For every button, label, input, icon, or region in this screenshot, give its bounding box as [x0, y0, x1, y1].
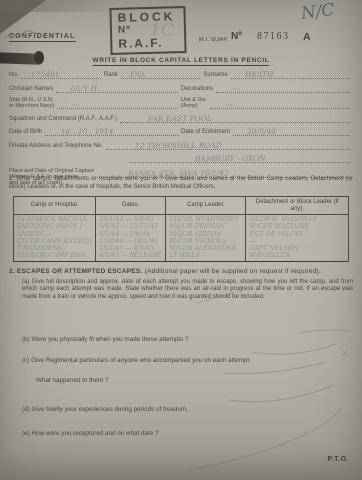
address-field: 12 THORNHILL ROAD [106, 141, 350, 150]
dates-entry: 18/1/45 — 4/5/45 [99, 245, 162, 252]
pencil-scribble [4, 28, 38, 42]
camps-table-header: Camp or Hospital. Dates. Camp Leader. De… [14, 197, 349, 215]
decorations-group: Decorations — [181, 84, 353, 93]
enlistment-field: 20/5/40 [233, 127, 350, 136]
instruction-text: WRITE IN BLOCK CAPITAL LETTERS IN PENCIL [93, 57, 270, 66]
block-leader-entry: W/O SILLER [249, 252, 345, 259]
camps-table: Camp or Hospital. Dates. Camp Leader. De… [13, 196, 349, 262]
col-dates: Dates. [96, 197, 166, 215]
table-body-row: 14 SCHOOL BATAVIA TANDJONG PRIOK J. AMBO… [14, 215, 349, 262]
ship-field: — [57, 100, 178, 109]
unit-field: — [210, 100, 350, 109]
block-leader-entry: F/LT DE VALOIS [249, 231, 345, 238]
capture-label-line1: Place and Date of Original Capture [9, 168, 94, 174]
rank-field: F/O. [121, 70, 201, 79]
address-value-line1: 12 THORNHILL ROAD [135, 140, 222, 150]
block-stamp: BLOCK Nº R.A.F. 1C [109, 6, 186, 55]
stamp-handwritten-number: 1C [150, 20, 175, 41]
no-label: No. [9, 72, 18, 79]
no-field: 175481 [21, 70, 101, 79]
camp-entry: CYCLE CAMP BATAVIA [17, 238, 92, 245]
christian-names-label: Christian Names [9, 86, 53, 93]
enlistment-group: Date of Enlistment 20/5/40 [181, 127, 353, 136]
handwritten-corner-note: N/C [300, 0, 336, 24]
camp-entry: GLODOK CAMP JAVA [17, 252, 92, 259]
unit-label-line2: (Army) [181, 103, 207, 109]
pencil-mark [300, 330, 350, 333]
address-value-line2: BANBURY · OXON [195, 154, 266, 164]
leader-entry: LT/COL HUMPHRIES [169, 216, 242, 223]
row-address-2: BANBURY · OXON [9, 154, 353, 163]
block-leader-column-entries: S/LDR W. McGOWAN W/CDR MACLURE F/LT DE V… [246, 215, 349, 262]
dates-entry: 5/8/43 — 15/11/43 [99, 223, 162, 230]
question-2c2-text: What happened to them ? [36, 377, 108, 384]
document-sheet: CONFIDENTIAL BLOCK Nº R.A.F. 1C M.I. 9/J… [0, 0, 362, 480]
decorations-value: — [232, 83, 240, 92]
dates-column-entries: 29/1/42 — 5/8/43 5/8/43 — 15/11/43 4/1/4… [96, 215, 166, 262]
question-2d-text: (d) Give briefly your experiences during… [22, 406, 188, 413]
camp-column-entries: 14 SCHOOL BATAVIA TANDJONG PRIOK J. AMBO… [14, 215, 96, 262]
pencil-mark [343, 351, 347, 355]
ship-label: Ship (R.N., U.S.N. or Merchant Navy) [9, 97, 54, 109]
pencil-mark [228, 385, 334, 402]
row-squadron: Squadron and Command (R.A.F., A.A.F.) FA… [9, 114, 353, 123]
row-christian-decorations: Christian Names GUY H. Decorations — [9, 84, 353, 93]
question-2b-text: (b) Were you physically fit when you mad… [22, 336, 188, 343]
escapes-heading: 2. ESCAPES OR ATTEMPTED ESCAPES. (Additi… [9, 268, 353, 275]
escapes-heading-title: 2. ESCAPES OR ATTEMPTED ESCAPES. [9, 268, 143, 275]
ship-value: — [72, 100, 80, 109]
christian-names-field: GUY H. [56, 84, 178, 93]
leader-column-entries: LT/COL HUMPHRIES MAJOR BEEMAN MAJOR GIBS… [166, 215, 246, 262]
leader-entry: MAJOR GIBSON [169, 231, 242, 238]
col-camp-or-hospital: Camp or Hospital. [14, 197, 96, 215]
question-2c-text: (c) Give Regimental particulars of anyon… [22, 357, 251, 364]
serial-no-label: Nº [231, 31, 242, 42]
surname-value: HEATH [245, 70, 274, 79]
instruction-banner: WRITE IN BLOCK CAPITAL LETTERS IN PENCIL [0, 57, 362, 64]
top-edge-shadow [0, 0, 120, 12]
squadron-value: FAR EAST POOL [148, 113, 212, 123]
col-camp-leader: Camp Leader. [166, 197, 246, 215]
pencil-mark [252, 344, 336, 354]
dates-entry: 29/1/42 — 5/8/43 [99, 216, 162, 223]
unit-group: Unit & Div. (Army) — [181, 97, 353, 109]
form-reference: M.I. 9/JAP. [199, 37, 229, 43]
pencil-mark [186, 409, 341, 471]
row-address: Private Address and Telephone No. 12 THO… [9, 141, 353, 150]
dates-entry: 4/1/44 — 1/8/44 [99, 231, 162, 238]
no-value: 175481 [31, 70, 60, 79]
address-label: Private Address and Telephone No. [9, 143, 103, 150]
camp-entry: AMBON — [17, 231, 92, 238]
squadron-label: Squadron and Command (R.A.F., A.A.F.) [9, 116, 117, 123]
escapes-heading-paren: (Additional paper will be supplied on re… [143, 268, 321, 275]
row-no-rank-surname: No. 175481 Rank F/O. Surname HEATH [9, 70, 353, 79]
dob-field: 16 . 10 . 1914 [45, 127, 178, 136]
unit-value: — [226, 100, 234, 109]
leader-entry: MAJOR BEEMAN [169, 223, 242, 230]
block-leader-entry: — [249, 238, 345, 245]
christian-names-value: GUY H. [71, 83, 100, 92]
rank-label: Rank [104, 72, 118, 79]
decorations-label: Decorations [181, 86, 213, 93]
squadron-field: FAR EAST POOL [120, 114, 350, 123]
decorations-field: — [216, 84, 350, 93]
leader-entry: W/CDR ALEXANDER [169, 245, 242, 252]
block-leader-entry: W/CDR MACLURE [249, 223, 345, 230]
question-1-text: 1. What camps, detachments or hospitals … [9, 176, 353, 191]
dob-value: 16 . 10 . 1914 [61, 127, 114, 136]
camp-entry: TANDJONG PRIOK J. [17, 223, 92, 230]
leader-entry: W/CDR NICHOLS [169, 238, 242, 245]
question-2e-text: (e) How were you recaptured and on what … [22, 430, 159, 437]
particulars-section: No. 175481 Rank F/O. Surname HEATH Chris… [9, 70, 353, 190]
camp-entry: 14 SCHOOL BATAVIA [17, 216, 92, 223]
serial-number: 87163 [257, 31, 290, 42]
question-2a-text: (a) Give full description and approx. da… [9, 279, 353, 301]
block-leader-entry: CAPT NELSON [249, 245, 345, 252]
dob-label: Date of Birth [9, 129, 42, 136]
escapes-section: 2. ESCAPES OR ATTEMPTED ESCAPES. (Additi… [9, 268, 353, 301]
address-field-line2: BANBURY · OXON [129, 154, 350, 163]
block-leader-entry: S/LDR W. McGOWAN [249, 216, 345, 223]
col-detachment-leader: Detachment or Block Leader (if any). [246, 197, 349, 215]
enlistment-value: 20/5/40 [247, 127, 276, 136]
dates-entry: 15/8/44 — 18/1/45 [99, 238, 162, 245]
pto-label: P.T.O. [327, 456, 349, 463]
dob-group: Date of Birth 16 . 10 . 1914 [9, 127, 181, 136]
leader-entry: LT HILLS [169, 252, 242, 259]
ship-label-line2: or Merchant Navy) [9, 103, 54, 109]
camp-entry: 7 BANDOENG [17, 245, 92, 252]
christian-group: Christian Names GUY H. [9, 84, 181, 93]
surname-field: HEATH [231, 70, 350, 79]
row-ship-unit: Ship (R.N., U.S.N. or Merchant Navy) — U… [9, 97, 353, 109]
rank-value: F/O. [130, 70, 146, 79]
enlistment-label: Date of Enlistment [181, 129, 230, 136]
dates-entry: 4/5/45 — RELEASE [99, 252, 162, 259]
row-dob-enlistment: Date of Birth 16 . 10 . 1914 Date of Enl… [9, 127, 353, 136]
ship-group: Ship (R.N., U.S.N. or Merchant Navy) — [9, 97, 181, 109]
series-letter: A [303, 31, 311, 43]
surname-label: Surname [203, 72, 227, 79]
unit-label: Unit & Div. (Army) [181, 97, 207, 109]
